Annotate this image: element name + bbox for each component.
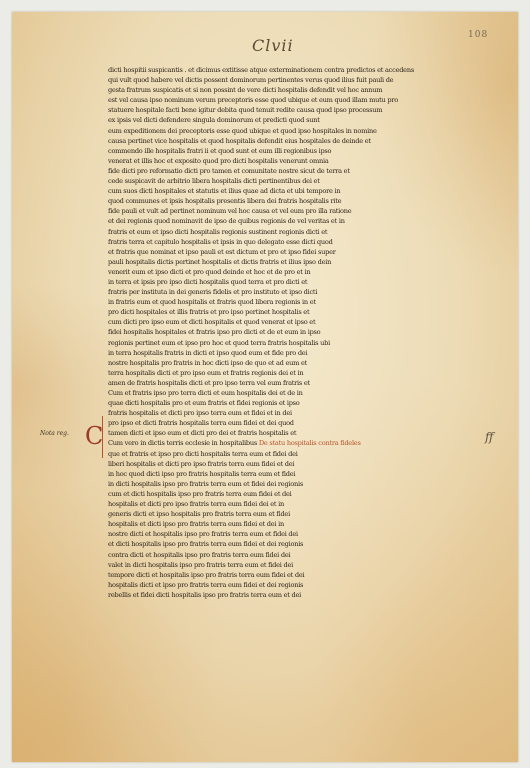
line-text: pro ipso et dicti fratris hospitalis ter… (108, 419, 294, 427)
line-text: in hoc quod dicti ipso pro fratris hospi… (108, 470, 295, 478)
line-text: venerat et illis hoc et exposito quod pr… (108, 157, 329, 165)
line-text: regionis pertinet eum et ipso pro hoc et… (108, 339, 330, 347)
text-line: amen de fratris hospitalis dicti et pro … (108, 378, 426, 388)
text-line: cede suspicavit de arbitrio libera hospi… (108, 176, 426, 186)
text-line: commendo ille hospitalis fratri ii et qu… (108, 146, 426, 156)
line-text: que et fratris et ipso pro dicti hospita… (108, 450, 298, 458)
text-line: nostre hospitalis pro fratris in hoc dic… (108, 358, 426, 368)
line-text: in terra et ipsis pro ipso dicti hospita… (108, 278, 307, 286)
text-line: est vel causa ipso nominum verum precept… (108, 95, 426, 105)
text-line: valet in dicti hospitalis ipso pro fratr… (108, 560, 426, 570)
text-line: in fratris eum et quod hospitalis et fra… (108, 297, 426, 307)
text-line: hospitalis et dicti ipso pro fratris ter… (108, 519, 426, 529)
line-text: cede suspicavit de arbitrio libera hospi… (108, 177, 320, 185)
line-text: cum et dicti hospitalis ipso pro fratris… (108, 490, 292, 498)
text-line: fratris terra et capitulo hospitalis et … (108, 237, 426, 247)
text-line: que et fratris et ipso pro dicti hospita… (108, 449, 426, 459)
text-line: hospitalis dicti et ipso pro fratris ter… (108, 580, 426, 590)
line-text: quod communes et ipsis hospitalis presen… (108, 197, 341, 205)
text-line: tamen dicti et ipso eum et dicti pro dei… (108, 428, 426, 438)
line-text: hospitalis et dicti ipso pro fratris ter… (108, 520, 284, 528)
text-line: fratris et eum et ipso dicti hospitalis … (108, 227, 426, 237)
line-text: fratris et eum et ipso dicti hospitalis … (108, 228, 327, 236)
text-line: et fratris que nominat et ipso pauli et … (108, 247, 426, 257)
line-text: tamen dicti et ipso eum et dicti pro dei… (108, 429, 296, 437)
line-text: hospitalis et dicti pro ipso fratris ter… (108, 500, 284, 508)
line-text: Cum vero in dictis terris ecclesie in ho… (108, 439, 257, 447)
line-text: causa pertinet vice hospitalis et quod h… (108, 137, 371, 145)
line-text: terra hospitalis dicti et pro ipso eum e… (108, 369, 303, 377)
text-line: nostre dicti et hospitalis ipso pro frat… (108, 529, 426, 539)
text-line: liberi hospitalis et dicti pro ipso frat… (108, 459, 426, 469)
text-line: eum expeditionem dei preceptoris esse qu… (108, 126, 426, 136)
text-line: pro ipso et dicti fratris hospitalis ter… (108, 418, 426, 428)
text-line: fide pauli et vult ad pertinet nominum v… (108, 206, 426, 216)
text-line: pauli hospitalis dictis pertinet hospita… (108, 257, 426, 267)
text-line: contra dicti et hospitalis ipso pro frat… (108, 550, 426, 560)
line-text: fide pauli et vult ad pertinet nominum v… (108, 207, 351, 215)
right-margin-mark: ff (485, 430, 494, 444)
line-text: amen de fratris hospitalis dicti et pro … (108, 379, 310, 387)
text-line: et dei regionis quod nominavit de ipso d… (108, 216, 426, 226)
folio-number: 108 (468, 30, 488, 40)
text-line: dicti hospitii suspicantis . et dicimus … (108, 65, 426, 75)
rubric: De statu hospitalis contra fideles (259, 439, 361, 447)
red-initial: C (85, 422, 103, 450)
line-text: valet in dicti hospitalis ipso pro fratr… (108, 561, 293, 569)
line-text: generis dicti et ipso hospitalis pro fra… (108, 510, 290, 518)
line-text: liberi hospitalis et dicti pro ipso frat… (108, 460, 294, 468)
text-line: in terra et ipsis pro ipso dicti hospita… (108, 277, 426, 287)
line-text: et fratris que nominat et ipso pauli et … (108, 248, 336, 256)
text-line: quod communes et ipsis hospitalis presen… (108, 196, 426, 206)
text-line: quae dicti hospitalis pro et eum fratris… (108, 398, 426, 408)
text-line: in dicti hospitalis ipso pro fratris ter… (108, 479, 426, 489)
line-text: venerit eum et ipso dicti et pro quod de… (108, 268, 310, 276)
line-text: et dicti hospitalis ipso pro fratris ter… (108, 540, 303, 548)
line-text: cum suos dicti hospitales et statutis et… (108, 187, 340, 195)
text-line: Cum vero in dictis terris ecclesie in ho… (108, 438, 426, 448)
text-line: qui vult quod habere vel dictis possent … (108, 75, 426, 85)
line-text: fidei hospitalis hospitales et fratris i… (108, 328, 320, 336)
text-line: rebellis et fidei dicti hospitalis ipso … (108, 590, 426, 600)
line-text: gesta fratrum suspicatis et si non possi… (108, 86, 382, 94)
line-text: est vel causa ipso nominum verum precept… (108, 96, 398, 104)
text-line: gesta fratrum suspicatis et si non possi… (108, 85, 426, 95)
text-line: hospitalis et dicti pro ipso fratris ter… (108, 499, 426, 509)
text-line: venerit eum et ipso dicti et pro quod de… (108, 267, 426, 277)
text-line: et dicti hospitalis ipso pro fratris ter… (108, 539, 426, 549)
line-text: nostre dicti et hospitalis ipso pro frat… (108, 530, 298, 538)
margin-note: Nota reg. (40, 430, 69, 437)
line-text: in dicti hospitalis ipso pro fratris ter… (108, 480, 303, 488)
text-line: causa pertinet vice hospitalis et quod h… (108, 136, 426, 146)
manuscript-page: Clvii 108 Nota reg. C ff dicti hospitii … (12, 12, 518, 762)
line-text: nostre hospitalis pro fratris in hoc dic… (108, 359, 307, 367)
text-line: regionis pertinet eum et ipso pro hoc et… (108, 338, 426, 348)
text-line: cum dicti pro ipso eum et dicti hospital… (108, 317, 426, 327)
text-line: fidei hospitalis hospitales et fratris i… (108, 327, 426, 337)
line-text: pro dicti hospitales et illis fratris et… (108, 308, 309, 316)
text-line: tempore dicti et hospitalis ipso pro fra… (108, 570, 426, 580)
text-line: cum suos dicti hospitales et statutis et… (108, 186, 426, 196)
line-text: ex ipsis vel dicti defendere singula dom… (108, 116, 320, 124)
line-text: fide dicti pro reformatio dicti pro tame… (108, 167, 350, 175)
line-text: commendo ille hospitalis fratri ii et qu… (108, 147, 331, 155)
text-line: fide dicti pro reformatio dicti pro tame… (108, 166, 426, 176)
text-line: in hoc quod dicti ipso pro fratris hospi… (108, 469, 426, 479)
text-line: fratris hospitalis et dicti pro ipso ter… (108, 408, 426, 418)
line-text: fratris hospitalis et dicti pro ipso ter… (108, 409, 292, 417)
text-line: fratris per instituta in dei generis fid… (108, 287, 426, 297)
text-line: in terra hospitalis fratris in dicti et … (108, 348, 426, 358)
line-text: dicti hospitii suspicantis . et dicimus … (108, 66, 414, 74)
line-text: fratris terra et capitulo hospitalis et … (108, 238, 333, 246)
running-header: Clvii (252, 36, 294, 55)
line-text: statuere hospitale facti bene igitur deb… (108, 106, 382, 114)
line-text: contra dicti et hospitalis ipso pro frat… (108, 551, 290, 559)
text-line: ex ipsis vel dicti defendere singula dom… (108, 115, 426, 125)
text-line: pro dicti hospitales et illis fratris et… (108, 307, 426, 317)
line-text: hospitalis dicti et ipso pro fratris ter… (108, 581, 303, 589)
text-line: terra hospitalis dicti et pro ipso eum e… (108, 368, 426, 378)
line-text: in fratris eum et quod hospitalis et fra… (108, 298, 316, 306)
line-text: Cum et fratris ipso pro terra dicti et e… (108, 389, 303, 397)
line-text: rebellis et fidei dicti hospitalis ipso … (108, 591, 301, 599)
line-text: in terra hospitalis fratris in dicti et … (108, 349, 307, 357)
text-line: venerat et illis hoc et exposito quod pr… (108, 156, 426, 166)
line-text: et dei regionis quod nominavit de ipso d… (108, 217, 345, 225)
line-text: cum dicti pro ipso eum et dicti hospital… (108, 318, 315, 326)
line-text: quae dicti hospitalis pro et eum fratris… (108, 399, 300, 407)
line-text: pauli hospitalis dictis pertinet hospita… (108, 258, 331, 266)
line-text: fratris per instituta in dei generis fid… (108, 288, 317, 296)
text-line: generis dicti et ipso hospitalis pro fra… (108, 509, 426, 519)
text-block: dicti hospitii suspicantis . et dicimus … (108, 65, 426, 600)
line-text: tempore dicti et hospitalis ipso pro fra… (108, 571, 304, 579)
text-line: statuere hospitale facti bene igitur deb… (108, 105, 426, 115)
line-text: eum expeditionem dei preceptoris esse qu… (108, 127, 377, 135)
text-line: cum et dicti hospitalis ipso pro fratris… (108, 489, 426, 499)
text-line: Cum et fratris ipso pro terra dicti et e… (108, 388, 426, 398)
line-text: qui vult quod habere vel dictis possent … (108, 76, 393, 84)
